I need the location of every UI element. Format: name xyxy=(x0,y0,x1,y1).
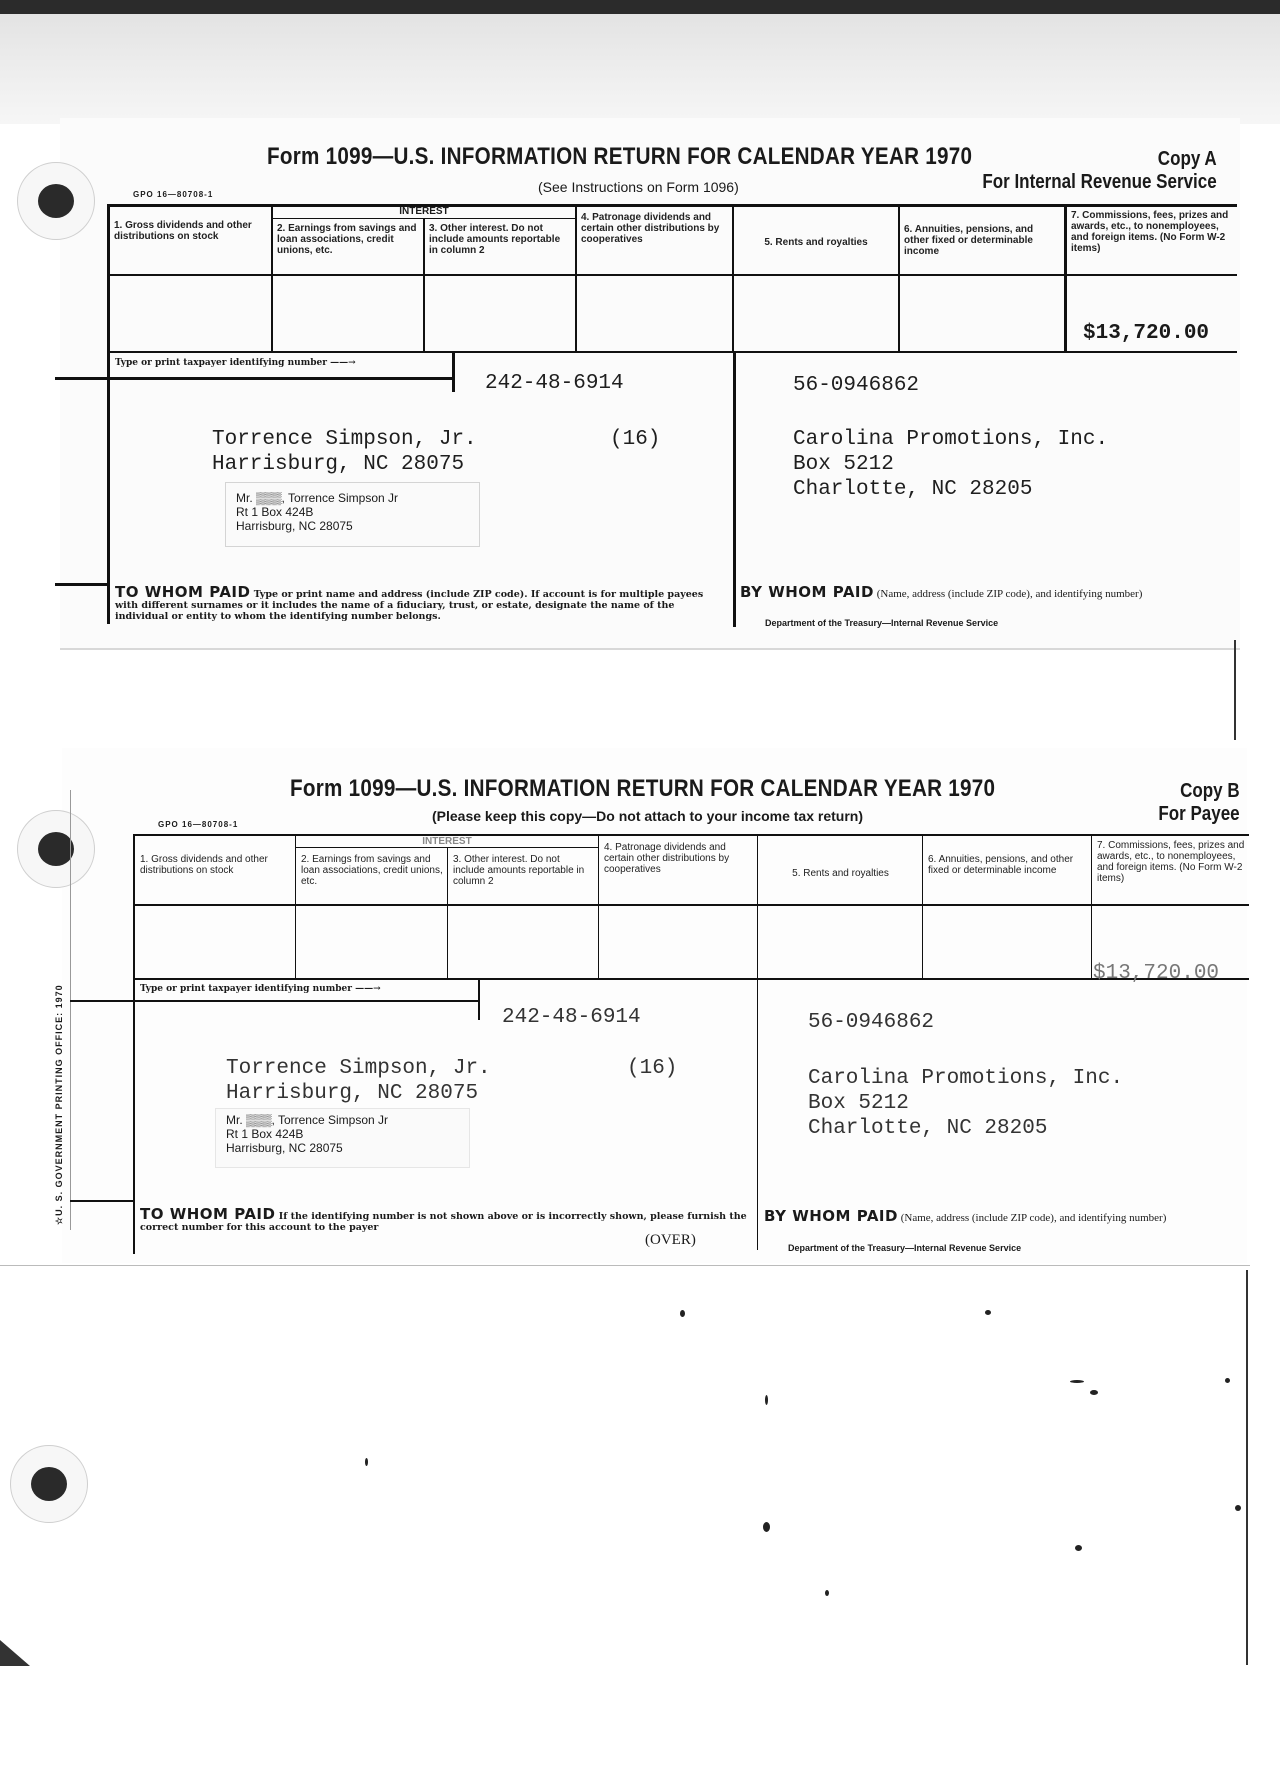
right-sheet-edge xyxy=(1234,640,1236,740)
interest-header: INTEREST xyxy=(273,206,575,219)
speck xyxy=(765,1395,768,1405)
gpo-code: GPO 16—80708-1 xyxy=(133,190,213,199)
over-label: (OVER) xyxy=(645,1232,696,1249)
label-line-2: Rt 1 Box 424B xyxy=(236,505,469,519)
column-5-label: 5. Rents and royalties xyxy=(734,233,898,252)
to-whom-paid-heading: TO WHOM PAID xyxy=(115,583,250,601)
speck xyxy=(1225,1378,1230,1383)
department-footer: Department of the Treasury—Internal Reve… xyxy=(788,1243,1021,1253)
gpo-side-imprint: ☆U. S. GOVERNMENT PRINTING OFFICE: 1970 xyxy=(54,984,65,1225)
copy-a-label: Copy A For Internal Revenue Service xyxy=(983,148,1217,194)
col-divider xyxy=(922,834,923,978)
column-7-label: 7. Commissions, fees, prizes and awards,… xyxy=(1093,836,1249,888)
payer-address[interactable]: Box 5212 xyxy=(793,452,894,477)
by-whom-paid-instructions: (Name, address (include ZIP code), and i… xyxy=(901,1212,1167,1224)
payee-name[interactable]: Torrence Simpson, Jr. xyxy=(212,427,477,452)
copy-recipient: For Payee xyxy=(1159,803,1240,826)
scan-background-smudge xyxy=(0,14,1280,124)
label-line-1: Mr. ▒▒▒, Torrence Simpson Jr xyxy=(226,1113,459,1127)
copy-label: Copy A xyxy=(983,148,1217,171)
payee-tin[interactable]: 242-48-6914 xyxy=(485,371,624,396)
label-line-3: Harrisburg, NC 28075 xyxy=(226,1141,459,1155)
column-6-value[interactable] xyxy=(924,908,1090,976)
column-1-value[interactable] xyxy=(136,908,294,976)
tin-label: Type or print taxpayer identifying numbe… xyxy=(115,358,356,368)
to-whom-paid-block: TO WHOM PAID Type or print name and addr… xyxy=(115,587,727,622)
column-4-value[interactable] xyxy=(577,278,732,350)
column-4-label: 4. Patronage dividends and certain other… xyxy=(577,208,732,249)
payer-tin[interactable]: 56-0946862 xyxy=(793,373,919,398)
scan-corner xyxy=(0,1640,30,1666)
column-2-value[interactable] xyxy=(273,278,423,350)
grid-left-rule xyxy=(107,204,110,624)
copy-b-form xyxy=(62,748,1247,1263)
copy-a-subtitle: (See Instructions on Form 1096) xyxy=(538,179,739,195)
payer-tin[interactable]: 56-0946862 xyxy=(808,1010,934,1035)
payee-name[interactable]: Torrence Simpson, Jr. xyxy=(226,1056,491,1081)
column-2-label: 2. Earnings from savings and loan associ… xyxy=(273,219,423,260)
by-whom-paid-instructions: (Name, address (include ZIP code), and i… xyxy=(877,588,1143,600)
copy-recipient: For Internal Revenue Service xyxy=(983,171,1217,194)
payee-city[interactable]: Harrisburg, NC 28075 xyxy=(226,1081,478,1106)
copy-a-form-title: Form 1099—U.S. INFORMATION RETURN FOR CA… xyxy=(267,143,972,171)
speck xyxy=(1235,1505,1241,1511)
copy-b-form-title: Form 1099—U.S. INFORMATION RETURN FOR CA… xyxy=(290,775,995,803)
grid-header-rule xyxy=(107,274,1237,276)
payer-city[interactable]: Charlotte, NC 28205 xyxy=(793,477,1032,502)
column-7-label: 7. Commissions, fees, prizes and awards,… xyxy=(1067,206,1237,258)
margin-tick xyxy=(70,1200,135,1202)
speck xyxy=(365,1458,368,1466)
col-divider xyxy=(447,848,448,978)
column-3-value[interactable] xyxy=(425,278,575,350)
column-6-label: 6. Annuities, pensions, and other fixed … xyxy=(924,850,1090,880)
column-7-amount[interactable]: $13,720.00 xyxy=(1093,962,1219,985)
punch-hole-icon xyxy=(10,1445,88,1523)
label-line-3: Harrisburg, NC 28075 xyxy=(236,519,469,533)
column-6-label: 6. Annuities, pensions, and other fixed … xyxy=(900,220,1064,261)
column-4-label: 4. Patronage dividends and certain other… xyxy=(600,838,757,879)
column-4-value[interactable] xyxy=(600,908,757,976)
column-1-label: 1. Gross dividends and other distributio… xyxy=(136,850,294,880)
by-whom-paid-block: BY WHOM PAID (Name, address (include ZIP… xyxy=(764,1211,1244,1224)
copy-a-form xyxy=(60,118,1240,648)
payee-payer-divider xyxy=(733,352,736,627)
gpo-code: GPO 16—80708-1 xyxy=(158,820,238,829)
column-3-value[interactable] xyxy=(449,908,597,976)
grid-header-rule xyxy=(133,904,1249,906)
payee-city[interactable]: Harrisburg, NC 28075 xyxy=(212,452,464,477)
column-5-value[interactable] xyxy=(759,908,922,976)
by-whom-paid-heading: BY WHOM PAID xyxy=(740,583,874,601)
payee-code: (16) xyxy=(627,1056,677,1081)
sheet-edge xyxy=(0,1265,1250,1266)
grid-bottom-rule xyxy=(107,351,1237,353)
speck xyxy=(985,1310,991,1315)
by-whom-paid-heading: BY WHOM PAID xyxy=(764,1207,898,1225)
payer-address[interactable]: Box 5212 xyxy=(808,1091,909,1116)
label-line-2: Rt 1 Box 424B xyxy=(226,1127,459,1141)
tin-box-divider xyxy=(478,980,480,1020)
grid-left-rule xyxy=(133,834,135,1254)
payer-city[interactable]: Charlotte, NC 28205 xyxy=(808,1116,1047,1141)
tin-box-divider xyxy=(452,352,455,392)
copy-b-subtitle: (Please keep this copy—Do not attach to … xyxy=(432,808,863,824)
column-1-label: 1. Gross dividends and other distributio… xyxy=(110,216,270,246)
payer-name[interactable]: Carolina Promotions, Inc. xyxy=(808,1066,1123,1091)
col-divider xyxy=(757,834,758,978)
speck xyxy=(825,1590,829,1596)
column-2-value[interactable] xyxy=(297,908,447,976)
punch-hole-icon xyxy=(17,810,95,888)
copy-b-label: Copy B For Payee xyxy=(1159,780,1240,826)
address-label-sticker: Mr. ▒▒▒, Torrence Simpson Jr Rt 1 Box 42… xyxy=(225,482,480,547)
tin-strip-rule xyxy=(55,377,455,380)
payee-code: (16) xyxy=(610,427,660,452)
payer-name[interactable]: Carolina Promotions, Inc. xyxy=(793,427,1108,452)
address-label-sticker: Mr. ▒▒▒, Torrence Simpson Jr Rt 1 Box 42… xyxy=(215,1108,470,1168)
speck xyxy=(763,1522,770,1532)
payee-payer-divider xyxy=(757,980,758,1250)
column-6-value[interactable] xyxy=(900,278,1064,350)
scan-top-edge xyxy=(0,0,1280,14)
col-divider xyxy=(598,834,599,978)
by-whom-paid-block: BY WHOM PAID (Name, address (include ZIP… xyxy=(740,587,1220,600)
column-3-label: 3. Other interest. Do not include amount… xyxy=(449,850,597,891)
grid-bottom-rule xyxy=(133,978,1249,980)
col-divider xyxy=(1091,834,1092,978)
speck xyxy=(1070,1380,1084,1383)
tin-label: Type or print taxpayer identifying numbe… xyxy=(140,984,381,994)
margin-tick xyxy=(55,583,110,586)
payee-tin[interactable]: 242-48-6914 xyxy=(502,1005,641,1030)
copy-label: Copy B xyxy=(1159,780,1240,803)
to-whom-paid-heading: TO WHOM PAID xyxy=(140,1205,275,1223)
column-3-label: 3. Other interest. Do not include amount… xyxy=(425,219,575,260)
column-2-label: 2. Earnings from savings and loan associ… xyxy=(297,850,447,891)
column-5-label: 5. Rents and royalties xyxy=(759,864,922,883)
speck xyxy=(1090,1390,1098,1395)
punch-hole-icon xyxy=(17,162,95,240)
perforation-line xyxy=(70,790,71,1230)
col-divider xyxy=(295,834,296,978)
department-footer: Department of the Treasury—Internal Reve… xyxy=(765,618,998,628)
tin-strip-rule xyxy=(70,1000,480,1002)
column-5-value[interactable] xyxy=(734,278,898,350)
interest-header: INTEREST xyxy=(296,836,598,848)
label-line-1: Mr. ▒▒▒, Torrence Simpson Jr xyxy=(236,491,469,505)
speck xyxy=(680,1310,685,1317)
to-whom-paid-block: TO WHOM PAID If the identifying number i… xyxy=(140,1209,750,1233)
right-sheet-edge xyxy=(1246,1270,1248,1665)
speck xyxy=(1075,1545,1082,1551)
column-1-value[interactable] xyxy=(110,278,270,350)
column-7-amount[interactable]: $13,720.00 xyxy=(1083,322,1209,345)
